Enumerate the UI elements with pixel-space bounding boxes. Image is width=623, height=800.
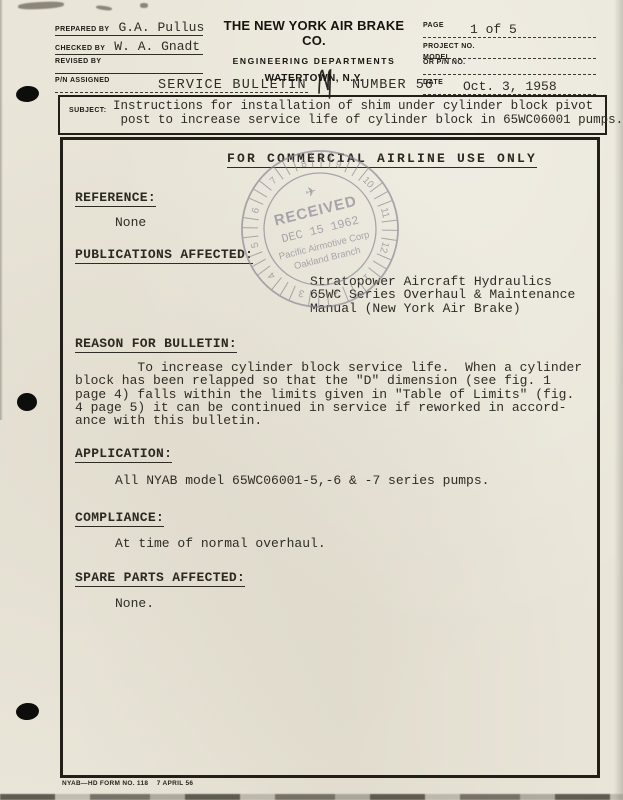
- reason-for-bulletin-heading: REASON FOR BULLETIN:: [75, 336, 237, 353]
- checked-by-label: CHECKED BY: [55, 45, 105, 52]
- subject-label: SUBJECT:: [69, 107, 106, 114]
- scan-edge-shadow: [0, 0, 3, 420]
- revised-by-label: REVISED BY: [55, 58, 101, 65]
- subject-text: Instructions for installation of shim un…: [113, 100, 623, 127]
- compliance-heading: COMPLIANCE:: [75, 510, 164, 527]
- form-number-footer: NYAB—HD FORM NO. 118 7 APRIL 56: [62, 780, 193, 787]
- company-block: THE NEW YORK AIR BRAKE CO. ENGINEERING D…: [213, 18, 415, 84]
- or-pn-no-row: OR P/N NO.: [423, 59, 596, 75]
- page-label: PAGE: [423, 22, 444, 29]
- compliance-value: At time of normal overhaul.: [115, 537, 326, 550]
- spare-parts-affected-heading: SPARE PARTS AFFECTED:: [75, 570, 245, 587]
- bulletin-body-box: FOR COMMERCIAL AIRLINE USE ONLY REFERENC…: [60, 137, 600, 778]
- scanned-service-bulletin-page: PREPARED BY G.A. Pullus CHECKED BY W. A.…: [0, 0, 623, 800]
- company-city: WATERTOWN, N.Y.: [213, 73, 415, 84]
- date-row: DATE Oct. 3, 1958: [423, 79, 596, 95]
- publications-affected-heading: PUBLICATIONS AFFECTED:: [75, 247, 253, 264]
- application-heading: APPLICATION:: [75, 446, 172, 463]
- punch-hole-middle: [17, 393, 37, 411]
- date-label: DATE: [423, 79, 443, 86]
- page-row: PAGE 1 of 5: [423, 22, 596, 38]
- subject-box: SUBJECT: Instructions for installation o…: [58, 95, 607, 135]
- pn-assigned-label: P/N ASSIGNED: [55, 77, 110, 84]
- application-value: All NYAB model 65WC06001-5,-6 & -7 serie…: [115, 474, 489, 487]
- prepared-by-value: G.A. Pullus: [118, 20, 204, 35]
- revised-by-row: REVISED BY: [55, 58, 203, 74]
- prepared-by-label: PREPARED BY: [55, 26, 109, 33]
- scan-smudge: [18, 1, 64, 10]
- reference-heading: REFERENCE:: [75, 190, 156, 207]
- company-name: THE NEW YORK AIR BRAKE CO.: [213, 18, 415, 48]
- reference-value: None: [115, 216, 146, 229]
- reason-for-bulletin-text: To increase cylinder block service life.…: [75, 361, 590, 427]
- project-no-label: PROJECT NO.: [423, 43, 475, 50]
- date-value: Oct. 3, 1958: [463, 79, 557, 94]
- scan-smudge: [96, 5, 112, 11]
- checked-by-value: W. A. Gnadt: [114, 39, 200, 54]
- scan-edge-shadow: [0, 794, 623, 800]
- commercial-airline-banner: FOR COMMERCIAL AIRLINE USE ONLY: [227, 151, 537, 168]
- prepared-by-row: PREPARED BY G.A. Pullus: [55, 20, 203, 36]
- publications-affected-value: Stratopower Aircraft Hydraulics 65WC Ser…: [310, 275, 575, 315]
- punch-hole-top: [15, 85, 40, 103]
- page-value: 1 of 5: [470, 22, 517, 37]
- or-pn-no-label: OR P/N NO.: [423, 59, 466, 66]
- punch-hole-bottom: [15, 702, 39, 721]
- scan-smudge: [140, 3, 148, 8]
- checked-by-row: CHECKED BY W. A. Gnadt: [55, 39, 203, 55]
- company-department: ENGINEERING DEPARTMENTS: [213, 56, 415, 66]
- spare-parts-affected-value: None.: [115, 597, 154, 610]
